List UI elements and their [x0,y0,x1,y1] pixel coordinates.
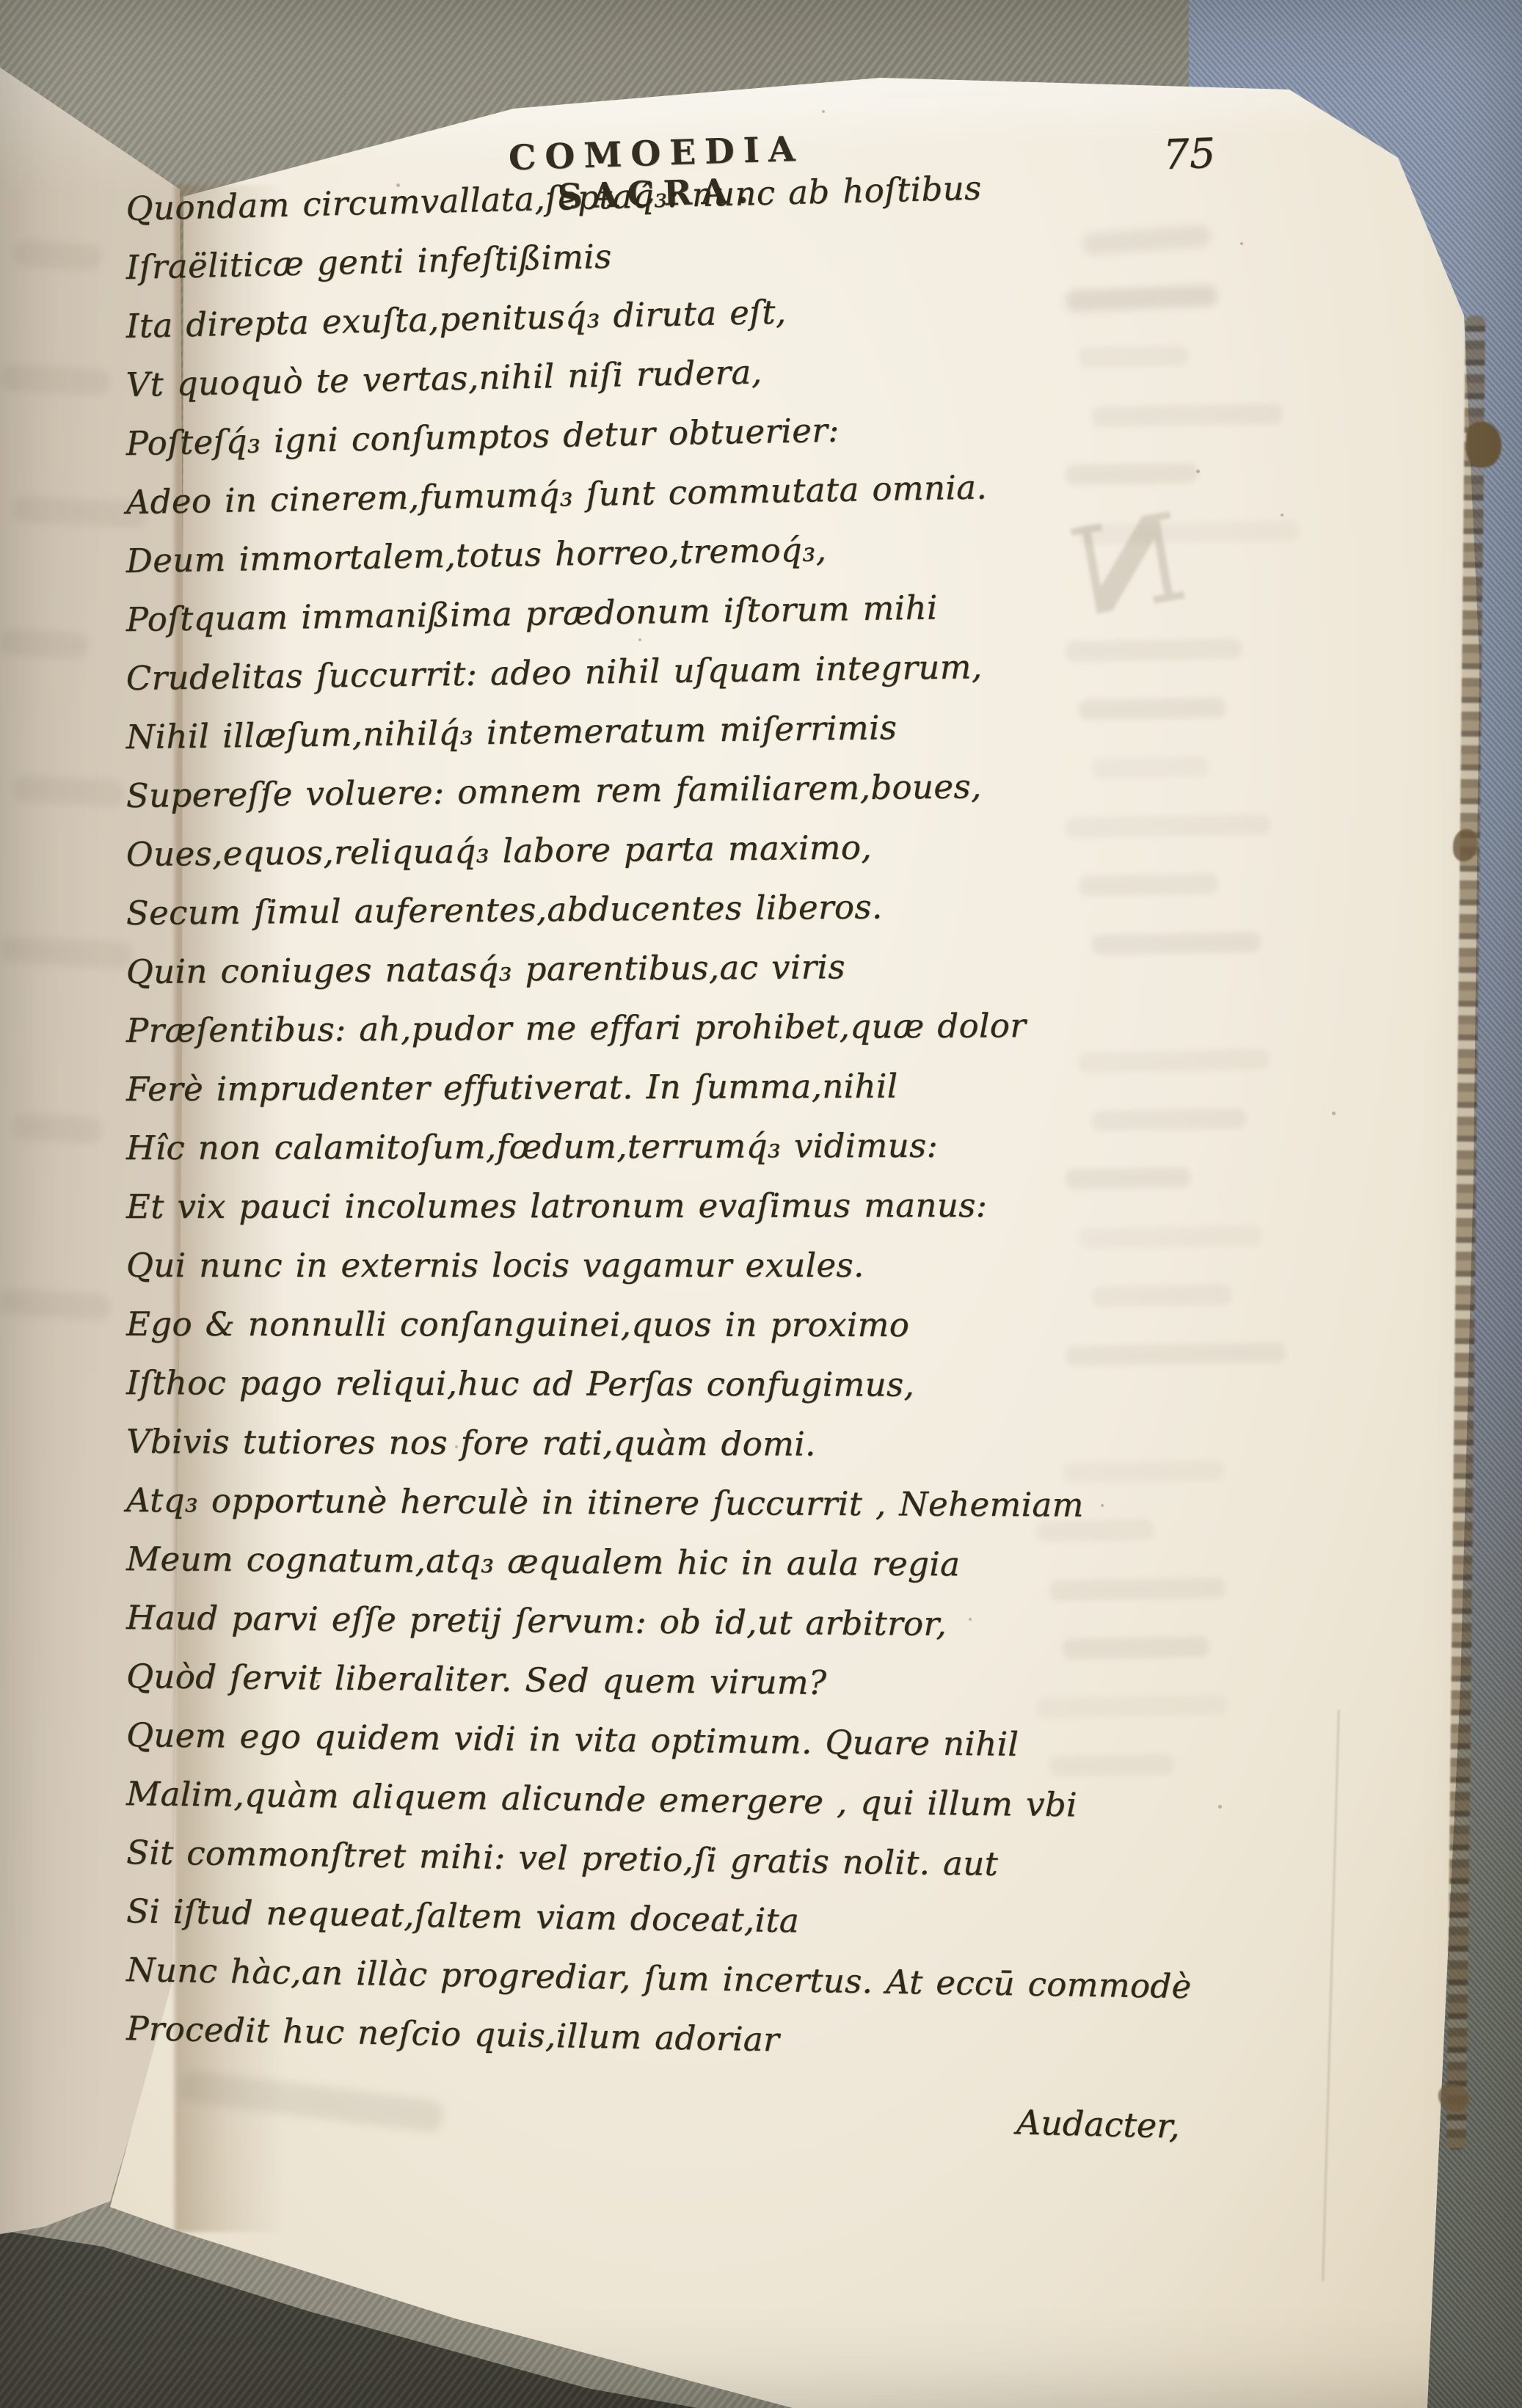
verse-line: Haud parvi eſſe pretij ſervum: ob id,ut … [126,1598,1272,1665]
verse-line: Quin coniuges natasq́₃ parentibus,ac vir… [126,944,1272,1011]
verse-line: Præſentibus: ah,pudor me effari prohibet… [126,1004,1271,1070]
bleedthrough-smudge [179,2069,445,2134]
verse-line: Et vix pauci incolumes latronum evaſimus… [126,1186,1271,1246]
verse-line: Quòd ſervit liberaliter. Sed quem virum? [126,1657,1272,1726]
catchword: Audacter, [1016,2102,1180,2145]
verse-line: Oues,equos,reliquaq́₃ labore parta maxim… [126,824,1272,894]
verse-line: Qui nunc in externis locis vagamur exule… [126,1246,1271,1305]
verse-line: Hîc non calamitoſum,fœdum,terrumq́₃ vidi… [126,1125,1271,1187]
book-photo-scene: COMOEDIA SACRA. 75 N Quondam circumvalla… [0,0,1522,2408]
verse-line: Secum ſimul auferentes,abducentes libero… [126,884,1272,952]
verse-line: Meum cognatum,atq₃ æqualem hic in aula r… [126,1539,1271,1605]
verse-line: Atq₃ opportunè herculè in itinere ſuccur… [126,1481,1271,1545]
verse-line: Vbivis tutiores nos fore rati,quàm domi. [126,1422,1271,1485]
verse-line: Ego & nonnulli conſanguinei,quos in prox… [126,1305,1271,1365]
verse-line: Iſthoc pago reliqui,huc ad Perſas confug… [126,1363,1271,1425]
printed-text-layer: COMOEDIA SACRA. 75 N Quondam circumvalla… [0,0,1522,2408]
verse-line: Ferè imprudenter effutiverat. In ſumma,n… [126,1065,1271,1128]
